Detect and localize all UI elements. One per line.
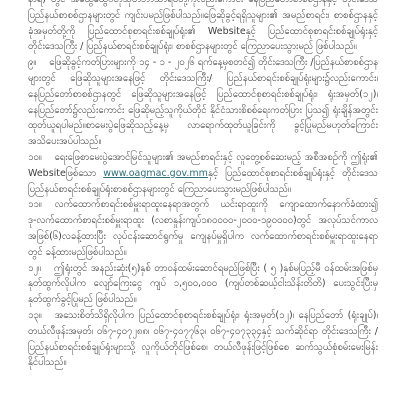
text-line: ၁၃။အသေးစိတ်သိရှိလိုပါက ပြည်ထောင်စုစာရင်း… [28,308,378,324]
text-segment: ဖြေဆိုခွင့်ကတ်ပြားများကို ၁၄ - ၁ - ၂၀၂၆ … [49,57,378,68]
text-line: Websiteဖြစ်သော www.oagmac.gov.mmနှင့် ပြ… [28,166,378,182]
text-line: ထုတ်ယူရပါမည်။စာမေးပွဲဖြေဆိုသည့်နေ့မှ လာရ… [28,118,378,134]
paragraph-9: ၉။ဖြေဆိုခွင့်ကတ်ပြားများကို ၁၄ - ၁ - ၂၀၂… [28,55,378,150]
text-line: ၁၂။ဤရုံးတွင် အနည်းဆုံး(၅)နှစ် တာဝန်ထမ်းဆ… [28,261,378,277]
text-line: တွင် ခန့်ထားမည်ဖြစ်ပါသည်။ [28,245,378,261]
text-segment: ဤရုံးတွင် အနည်းဆုံး(၅)နှစ် တာဝန်ထမ်းဆောင… [54,263,378,274]
text-line: နိုင်ပါသည်။ [28,355,378,371]
text-segment: လက်ထောက်စာရင်းစစ်မှူးရာထူးနေရာအတွက် ယင်း… [55,199,378,210]
text-line: နေပြည်တော်၌လည်းကောင်း ဖြေဆိုမည့်သူကိုယ်တ… [28,103,378,119]
text-line: ပြည်နယ်စာရင်းစစ်ချုပ်ရုံးစာစစ်ဌာနများတွင… [28,182,378,198]
text-segment: ရေးဖြေစာမေးပွဲအောင်မြင်သူများ၏ အမည်စာရင်… [55,152,378,163]
paragraph-number: ၁၁။ [28,199,42,210]
text-line: တယ်လီဖုန်းအမှတ်၊ ၀၆၇-၄၀၇၂၈၈၊ ၀၆၇-၄၀၇၇၆၃၊… [28,324,378,340]
paragraph-number: ၁၀။ [28,152,42,163]
paragraph-10: ၁၀။ရေးဖြေစာမေးပွဲအောင်မြင်သူများ၏ အမည်စာ… [28,150,378,197]
text-line: များတွင် ဖြေဆိုသူများအနေဖြင့် တိုင်းဒေသက… [28,71,378,87]
text-segment: အသေးစိတ်သိရှိလိုပါက ပြည်ထောင်စုစာရင်းစစ်… [55,310,378,321]
paragraph-12: ၁၂။ဤရုံးတွင် အနည်းဆုံး(၅)နှစ် တာဝန်ထမ်းဆ… [28,261,378,308]
paragraph-8-continuation: နာရီ) တွင် အထွေထွေဗဟုသုတဘာသာရပ်တို့ကိုလည… [28,0,378,55]
text-line: နာရီ) တွင် အထွေထွေဗဟုသုတဘာသာရပ်တို့ကိုလည… [28,0,378,8]
text-line: ၁၀။ရေးဖြေစာမေးပွဲအောင်မြင်သူများ၏ အမည်စာ… [28,150,378,166]
paragraph-13: ၁၃။အသေးစိတ်သိရှိလိုပါက ပြည်ထောင်စုစာရင်း… [28,308,378,371]
number-gap [36,64,49,65]
number-gap [42,159,55,160]
text-line: နုတ်ထွက်ခွင့်ပြုမည် ဖြစ်ပါသည်။ [28,292,378,308]
number-gap [42,317,55,318]
text-line: အဖြစ်(၆)လခန့်ထားပြီး လုပ်ငန်းဆောင်ရွက်မှ… [28,229,378,245]
text-line: ၁၁။လက်ထောက်စာရင်းစစ်မှူးရာထူးနေရာအတွက် ယ… [28,197,378,213]
paragraph-number: ၁၂။ [28,263,41,274]
paragraph-11: ၁၁။လက်ထောက်စာရင်းစစ်မှူးရာထူးနေရာအတွက် ယ… [28,197,378,260]
document-page: နာရီ) တွင် အထွေထွေဗဟုသုတဘာသာရပ်တို့ကိုလည… [0,0,400,400]
number-gap [42,206,55,207]
paragraph-number: ၉။ [28,57,36,68]
text-line: တိုင်းဒေသကြီး / ပြည်နယ်စာရင်းစစ်ချုပ်ရုံ… [28,39,378,55]
text-line: နေပြည်တော်စာစစ်ဌာနတွင် ဖြေဆိုသူများအနေဖြ… [28,87,378,103]
text-line: ပြည်နယ်စာရင်းစစ်ချုပ်ရုံးများသို့ လူကိုယ… [28,340,378,356]
text-segment: Websiteဖြစ်သော [28,168,103,179]
text-line: ပြည်နယ်စာစစ်ဌာနများတွင် ကျင်းပမည်ဖြစ်ပါသ… [28,8,378,24]
text-line: ၉။ဖြေဆိုခွင့်ကတ်ပြားများကို ၁၄ - ၁ - ၂၀၂… [28,55,378,71]
text-line: ခုံအမှတ်တို့ကို ပြည်ထောင်စုစာရင်းစစ်ချုပ… [28,24,378,40]
paragraph-number: ၁၃။ [28,310,42,321]
number-gap [41,270,54,271]
document-text-block: နာရီ) တွင် အထွေထွေဗဟုသုတဘာသာရပ်တို့ကိုလည… [28,0,378,371]
website-link[interactable]: www.oagmac.gov.mm [103,168,208,179]
text-line: အသိပေးအပ်ပါသည်။ [28,134,378,150]
text-line: ဒု-လက်ထောက်စာရင်းစစ်မှူးရာထူး (လစာနှုန်း… [28,213,378,229]
text-line: နုတ်ထွက်လိုပါက လျော်ကြေးငွေ ကျပ် ၁,၅၀၀,၀… [28,276,378,292]
